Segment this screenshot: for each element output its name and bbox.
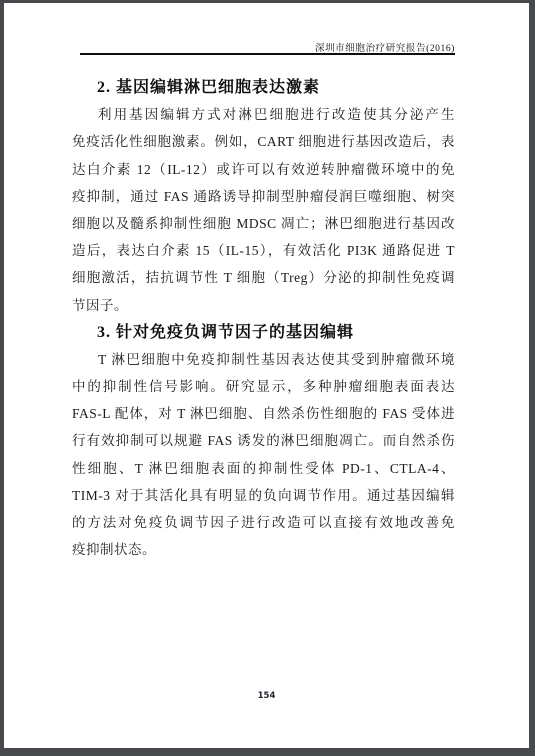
text-line: FAS-L 配体，对 T 淋巴细胞、自然杀伤性细胞的 FAS 受体进	[72, 400, 455, 427]
running-header-title: 深圳市细胞治疗研究报告(2016)	[315, 40, 455, 54]
text-line: 达白介素 12（IL-12）或许可以有效逆转肿瘤微环境中的免	[72, 156, 455, 183]
text-line: T 淋巴细胞中免疫抑制性基因表达使其受到肿瘤微环境	[72, 346, 455, 373]
page-number: 154	[4, 691, 529, 701]
text-line: 利用基因编辑方式对淋巴细胞进行改造使其分泌产生	[72, 101, 455, 128]
text-line: 疫抑制，通过 FAS 通路诱导抑制型肿瘤侵润巨噬细胞、树突	[72, 183, 455, 210]
text-line: 细胞激活，拮抗调节性 T 细胞（Treg）分泌的抑制性免疫调	[72, 264, 455, 291]
text-line: 细胞以及髓系抑制性细胞 MDSC 凋亡；淋巴细胞进行基因改	[72, 210, 455, 237]
text-line: 性细胞、T 淋巴细胞表面的抑制性受体 PD-1、CTLA-4、TIGIT，	[72, 455, 455, 482]
paragraph-2: T 淋巴细胞中免疫抑制性基因表达使其受到肿瘤微环境 中的抑制性信号影响。研究显示…	[72, 346, 455, 564]
text-line: 免疫活化性细胞激素。例如，CART 细胞进行基因改造后，表	[72, 128, 455, 155]
text-line: TIM-3 对于其活化具有明显的负向调节作用。通过基因编辑	[72, 482, 455, 509]
paragraph-1: 利用基因编辑方式对淋巴细胞进行改造使其分泌产生 免疫活化性细胞激素。例如，CAR…	[72, 101, 455, 319]
header-rule	[80, 53, 455, 55]
section-heading-2: 2. 基因编辑淋巴细胞表达激素	[72, 74, 455, 101]
text-line: 中的抑制性信号影响。研究显示，多种肿瘤细胞表面表达	[72, 373, 455, 400]
text-line: 的方法对免疫负调节因子进行改造可以直接有效地改善免	[72, 509, 455, 536]
text-line: 行有效抑制可以规避 FAS 诱发的淋巴细胞凋亡。而自然杀伤	[72, 427, 455, 454]
text-line: 节因子。	[72, 292, 455, 319]
text-line: 造后，表达白介素 15（IL-15），有效活化 PI3K 通路促进 T	[72, 237, 455, 264]
section-heading-3: 3. 针对免疫负调节因子的基因编辑	[72, 319, 455, 346]
text-line: 疫抑制状态。	[72, 536, 455, 563]
document-body: 2. 基因编辑淋巴细胞表达激素 利用基因编辑方式对淋巴细胞进行改造使其分泌产生 …	[72, 74, 455, 563]
document-page: 深圳市细胞治疗研究报告(2016) 2. 基因编辑淋巴细胞表达激素 利用基因编辑…	[0, 0, 535, 756]
